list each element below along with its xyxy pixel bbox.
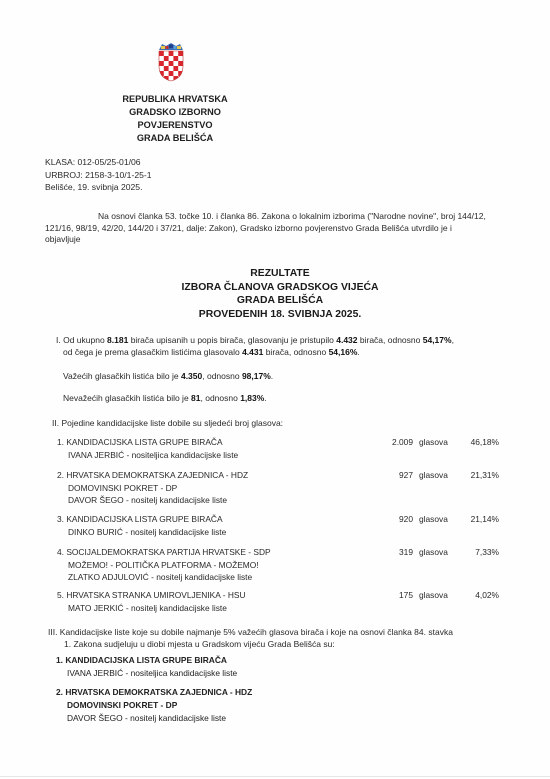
vote-percent: 7,33% <box>463 547 499 557</box>
candidate-list-entry: 4. SOCIJALDEMOKRATSKA PARTIJA HRVATSKE -… <box>57 546 271 584</box>
votes-word: glasova <box>419 514 463 524</box>
list-votes: 920glasova21,14% <box>383 514 499 524</box>
candidate-list-entry: 3. KANDIDACIJSKA LISTA GRUPE BIRAČADINKO… <box>57 513 226 538</box>
list-leader: DAVOR ŠEGO - nositelj kandidacijske list… <box>56 712 252 725</box>
list-votes: 927glasova21,31% <box>383 470 499 480</box>
list-name: HRVATSKA DEMOKRATSKA ZAJEDNICA - HDZ <box>66 470 248 480</box>
list-votes: 175glasova4,02% <box>383 590 499 600</box>
list-name: SOCIJALDEMOKRATSKA PARTIJA HRVATSKE - SD… <box>66 547 270 557</box>
list-name-continued: DOMOVINSKI POKRET - DP <box>57 482 248 495</box>
votes-word: glasova <box>419 590 463 600</box>
vote-percent: 46,18% <box>463 437 499 447</box>
vote-percent: 21,14% <box>463 514 499 524</box>
vote-count: 2.009 <box>383 437 413 447</box>
document-meta: KLASA: 012-05/25-01/06 URBROJ: 2158-3-10… <box>45 156 152 194</box>
header-city: GRADA BELIŠĆA <box>95 132 255 145</box>
votes-word: glasova <box>419 470 463 480</box>
document-page: REPUBLIKA HRVATSKA GRADSKO IZBORNO POVJE… <box>0 0 550 779</box>
candidate-list-entry: 1. KANDIDACIJSKA LISTA GRUPE BIRAČAIVANA… <box>57 436 238 461</box>
list-name-continued: MOŽEMO! - POLITIČKA PLATFORMA - MOŽEMO! <box>57 559 271 572</box>
candidate-list-entry: 5. HRVATSKA STRANKA UMIROVLJENIKA - HSUM… <box>57 589 246 614</box>
candidate-list-entry: 2. HRVATSKA DEMOKRATSKA ZAJEDNICA - HDZD… <box>57 469 248 507</box>
list-votes: 319glasova7,33% <box>383 547 499 557</box>
list-number: 1. <box>57 437 64 447</box>
croatian-coat-of-arms-icon <box>157 42 185 82</box>
list-number: 5. <box>57 590 64 600</box>
list-name: KANDIDACIJSKA LISTA GRUPE BIRAČA <box>66 437 222 447</box>
invalid-ballots: Nevažećih glasačkih listića bilo je 81, … <box>63 393 267 405</box>
list-number: 2. <box>56 687 63 697</box>
list-number: 3. <box>57 514 64 524</box>
vote-count: 927 <box>383 470 413 480</box>
turnout-paragraph: I. Od ukupno 8.181 birača upisanih u pop… <box>56 335 454 358</box>
section2-heading: II. Pojedine kandidacijske liste dobile … <box>52 418 283 430</box>
vote-count: 175 <box>383 590 413 600</box>
document-title: REZULTATE IZBORA ČLANOVA GRADSKOG VIJEĆA… <box>150 267 410 321</box>
list-number: 1. <box>56 655 63 665</box>
list-leader: IVANA JERBIĆ - nositeljica kandidacijske… <box>57 449 238 462</box>
list-name-continued: DOMOVINSKI POKRET - DP <box>56 699 252 712</box>
list-number: 4. <box>57 547 64 557</box>
vote-percent: 4,02% <box>463 590 499 600</box>
header-country: REPUBLIKA HRVATSKA <box>95 93 255 106</box>
urbroj: URBROJ: 2158-3-10/1-25-1 <box>45 169 152 182</box>
list-name: KANDIDACIJSKA LISTA GRUPE BIRAČA <box>65 655 227 665</box>
vote-percent: 21,31% <box>463 470 499 480</box>
list-leader: IVANA JERBIĆ - nositeljica kandidacijske… <box>56 667 237 680</box>
section3-heading: III. Kandidacijske liste koje su dobile … <box>48 627 453 650</box>
vote-count: 920 <box>383 514 413 524</box>
list-leader: DINKO BURIĆ - nositelj kandidacijske lis… <box>57 526 226 539</box>
list-leader: MATO JERKIĆ - nositelj kandidacijske lis… <box>57 602 246 615</box>
valid-ballots: Važećih glasačkih listića bilo je 4.350,… <box>63 371 273 383</box>
seat-eligible-list-entry: 1. KANDIDACIJSKA LISTA GRUPE BIRAČAIVANA… <box>56 654 237 680</box>
scan-edge-divider <box>0 776 550 777</box>
list-number: 2. <box>57 470 64 480</box>
intro-paragraph: Na osnovi članka 53. točke 10. i članka … <box>45 211 525 246</box>
list-leader: ZLATKO ADJULOVIĆ - nositelj kandidacijsk… <box>57 571 271 584</box>
list-votes: 2.009glasova46,18% <box>383 437 499 447</box>
klasa: KLASA: 012-05/25-01/06 <box>45 156 152 169</box>
list-name: HRVATSKA DEMOKRATSKA ZAJEDNICA - HDZ <box>65 687 252 697</box>
vote-count: 319 <box>383 547 413 557</box>
issuer-header: REPUBLIKA HRVATSKA GRADSKO IZBORNO POVJE… <box>95 93 255 145</box>
votes-word: glasova <box>419 547 463 557</box>
header-commission: GRADSKO IZBORNO POVJERENSTVO <box>95 106 255 132</box>
place-date: Belišće, 19. svibnja 2025. <box>45 181 152 194</box>
list-name: HRVATSKA STRANKA UMIROVLJENIKA - HSU <box>66 590 245 600</box>
list-name: KANDIDACIJSKA LISTA GRUPE BIRAČA <box>66 514 222 524</box>
seat-eligible-list-entry: 2. HRVATSKA DEMOKRATSKA ZAJEDNICA - HDZD… <box>56 686 252 725</box>
list-leader: DAVOR ŠEGO - nositelj kandidacijske list… <box>57 494 248 507</box>
votes-word: glasova <box>419 437 463 447</box>
